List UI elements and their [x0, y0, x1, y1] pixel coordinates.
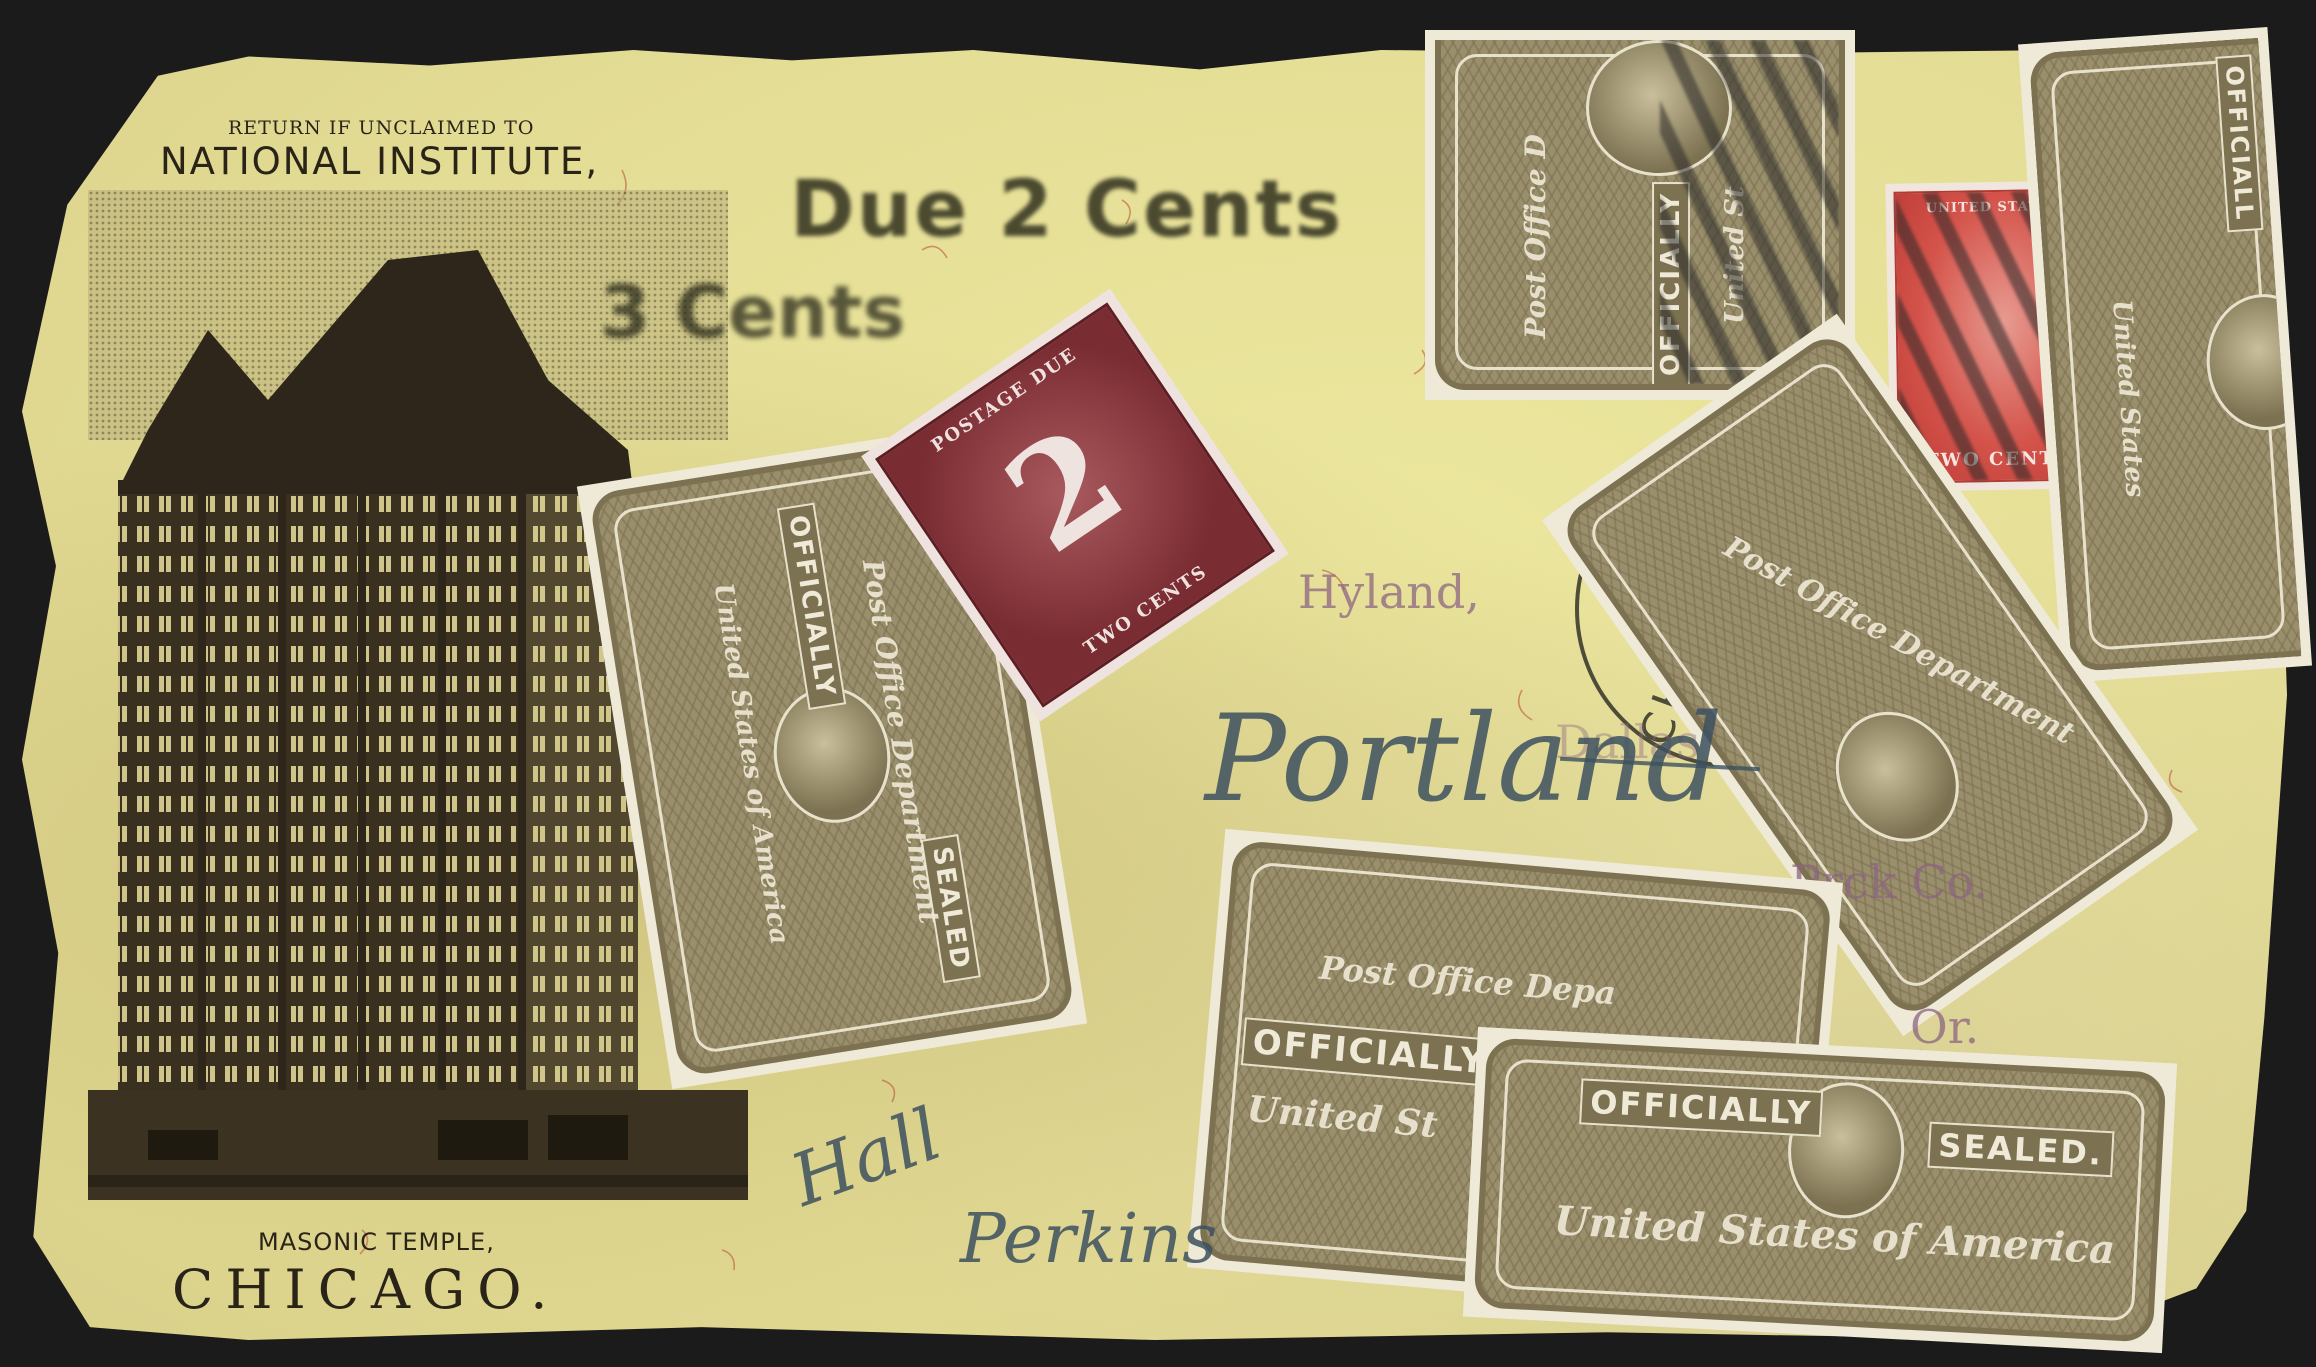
seal-band-officially: OFFICIALLY — [1241, 1017, 1499, 1087]
handwritten-city: Portland — [1205, 690, 1723, 829]
seal-script: United St — [1245, 1088, 1439, 1146]
seal-band-sealed: SEALED. — [1927, 1122, 2114, 1178]
seal-band-officially: OFFICIALLY — [777, 503, 846, 711]
seal-script: United States — [2106, 299, 2150, 499]
return-address-line: RETURN IF UNCLAIMED TO — [228, 117, 534, 139]
return-organization: NATIONAL INSTITUTE, — [160, 140, 599, 183]
stamp-numeral: 2 — [979, 395, 1151, 585]
seal-engraving: OFFICIALL United States — [2029, 38, 2302, 673]
postal-cover: RETURN IF UNCLAIMED TO NATIONAL INSTITUT… — [0, 0, 2316, 1367]
seal-band-officially: OFFICIALL — [2215, 54, 2263, 232]
officially-sealed-label: OFFICIALL United States — [2018, 27, 2312, 683]
pencil-annotation-perkins: Perkins — [960, 1200, 1217, 1279]
seal-engraving: OFFICIALLY Post Office D United St — [1435, 40, 1845, 390]
portrait-medallion — [1811, 688, 1984, 866]
officially-sealed-label: OFFICIALLY SEALED. United States of Amer… — [1463, 1027, 2177, 1353]
address-name: Hyland, — [1298, 565, 1480, 619]
seal-header: Post Office D — [1519, 134, 1552, 339]
seal-band-officially: OFFICIALLY — [1579, 1078, 1823, 1137]
seal-engraving: OFFICIALLY SEALED. United States of Amer… — [1473, 1037, 2166, 1342]
corner-card-city: CHICAGO. — [172, 1258, 559, 1321]
building-name: MASONIC TEMPLE, — [258, 1228, 495, 1256]
cents-handstamp: 3 Cents — [600, 270, 905, 354]
seal-header: Post Office Depa — [1318, 949, 1617, 1013]
portrait-medallion — [2202, 290, 2301, 434]
postage-due-handstamp: Due 2 Cents — [790, 165, 1343, 255]
address-state: Or. — [1910, 1000, 1979, 1054]
